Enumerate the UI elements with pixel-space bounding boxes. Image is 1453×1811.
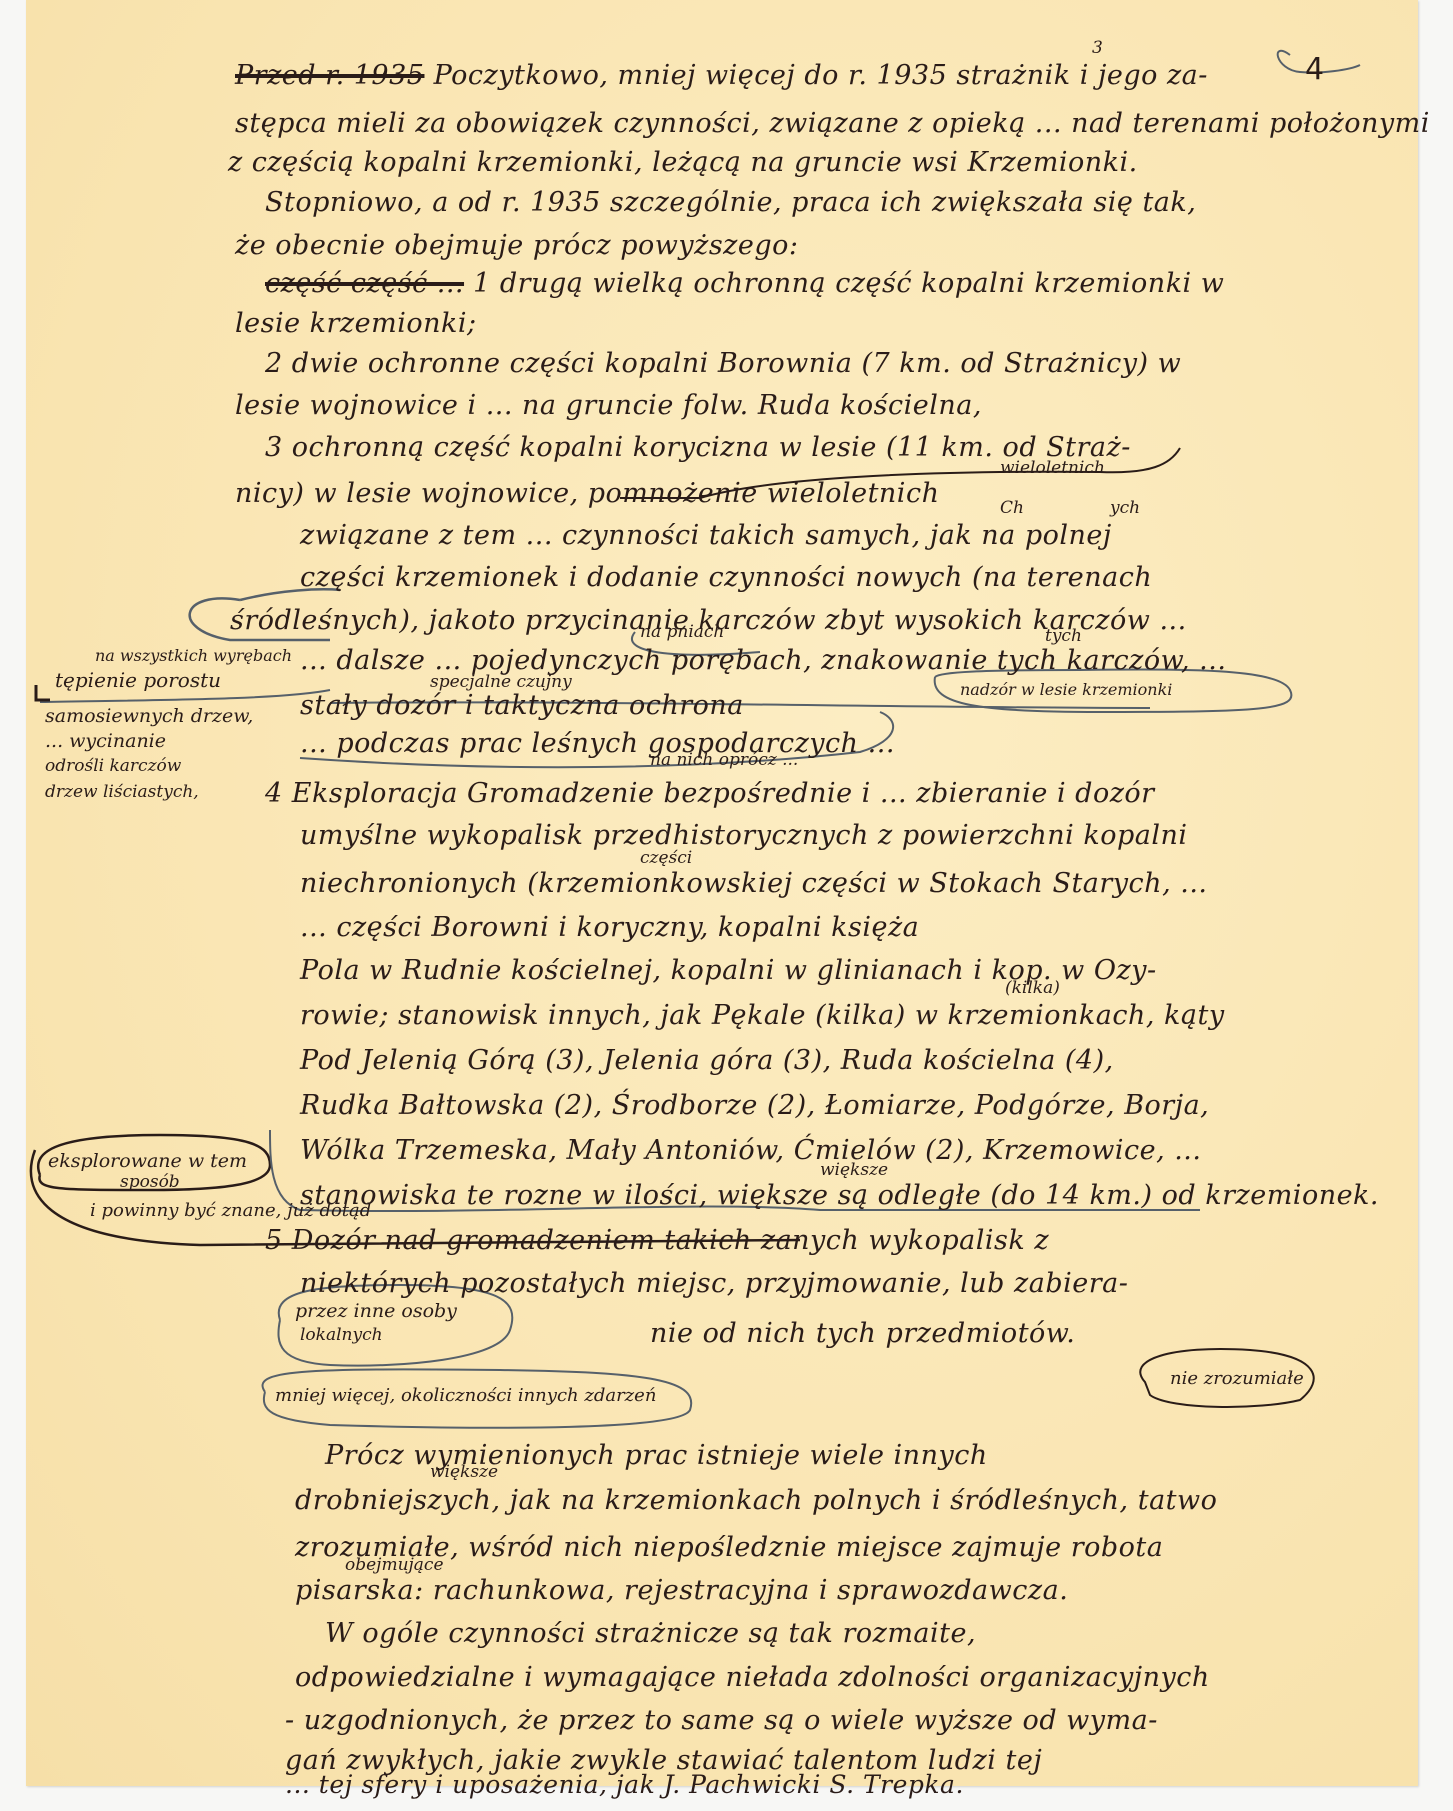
- text-line-26: Wólka Trzemeska, Mały Antoniów, Ćmielów …: [300, 1135, 1201, 1166]
- text-line-6: część część ... 1 drugą wielką ochronną …: [265, 268, 1224, 299]
- text-line-29: niektórych pozostałych miejsc, przyjmowa…: [300, 1268, 1128, 1299]
- text-line-4: Stopniowo, a od r. 1935 szczególnie, pra…: [265, 187, 1196, 218]
- text-line-8: 2 dwie ochronne części kopalni Borownia …: [265, 348, 1181, 379]
- superscript-3: 3: [1092, 38, 1103, 58]
- note-nadzor: nadzór w lesie krzemionki: [960, 680, 1172, 699]
- text-line-36: odpowiedzialne i wymagające niełada zdol…: [295, 1662, 1210, 1693]
- text-line-31: Prócz wymienionych prac istnieje wiele i…: [325, 1440, 988, 1471]
- note-mniej-wiecej: mniej więcej, okoliczności innych zdarze…: [275, 1385, 656, 1406]
- text-line-37: - uzgodnionych, że przez to same są o wi…: [285, 1705, 1158, 1736]
- text-line-16: stały dozór i taktyczna ochrona: [300, 690, 744, 721]
- text-line-9: lesie wojnowice i ... na gruncie folw. R…: [235, 390, 982, 421]
- text-line-2: stępca mieli za obowiązek czynności, zwi…: [235, 108, 1430, 139]
- insert-wieksze-2: większe: [430, 1462, 498, 1482]
- text-line-13: części krzemionek i dodanie czynności no…: [300, 562, 1152, 593]
- text-line-32: drobniejszych, jak na krzemionkach polny…: [295, 1485, 1217, 1516]
- text-line-23: rowie; stanowisk innych, jak Pękale (kil…: [300, 1000, 1225, 1031]
- text-line-21: ... części Borowni i koryczny, kopalni k…: [300, 912, 919, 943]
- text-line-27: stanowiska te rozne w ilości, większe są…: [300, 1180, 1379, 1211]
- text-line-24: Pod Jelenią Górą (3), Jelenia góra (3), …: [300, 1045, 1114, 1076]
- text-line-5: że obecnie obejmuje prócz powyższego:: [235, 230, 799, 261]
- margin-note-5: odrośli karczów: [45, 756, 181, 776]
- insert-wieksze: większe: [820, 1160, 888, 1180]
- text-line-11: nicy) w lesie wojnowice, pomnożenie wiel…: [235, 478, 939, 509]
- note-lokalnych: lokalnych: [300, 1325, 383, 1345]
- text-line-1: Przed r. 1935 Poczytkowo, mniej więcej d…: [235, 60, 1208, 91]
- text-line-12: związane z tem ... czynności takich samy…: [300, 520, 1112, 551]
- text-line-20: niechronionych (krzemionkowskiej części …: [300, 868, 1208, 899]
- page-number: 4: [1305, 52, 1324, 87]
- margin-note-1: na wszystkich wyrębach: [95, 646, 292, 665]
- margin-powinny: i powinny być znane, już dotąd: [90, 1200, 371, 1221]
- margin-note-2: tępienie porostu: [55, 668, 221, 692]
- insert-wieloletnich: wieloletnich: [1000, 458, 1105, 478]
- margin-note-3: samosiewnych drzew,: [45, 705, 253, 727]
- text-line-30: nie od nich tych przedmiotów.: [650, 1318, 1075, 1349]
- text-line-35: W ogóle czynności strażnicze są tak rozm…: [325, 1618, 976, 1649]
- insert-na-nich: na nich oprócz ...: [650, 750, 798, 770]
- text-line-17: ... podczas prac leśnych gospodarczych .…: [300, 728, 895, 759]
- text-line-34: pisarska: rachunkowa, rejestracyjna i sp…: [295, 1575, 1068, 1606]
- text-line-7: lesie krzemionki;: [235, 308, 477, 339]
- margin-note-4: ... wycinanie: [45, 730, 166, 752]
- insert-na-pniach: na pniach: [640, 622, 724, 642]
- insert-specjalne: specjalne czujny: [430, 672, 572, 692]
- insert-obejmujace: obejmujące: [345, 1555, 444, 1575]
- text-line-39: ... tej sfery i uposażenia, jak J. Pachw…: [285, 1770, 964, 1799]
- note-przez: przez inne osoby: [295, 1300, 457, 1322]
- insert-tych: tych: [1045, 626, 1082, 646]
- text-line-28: 5 Dozór nad gromadzeniem takich zanych w…: [265, 1225, 1049, 1256]
- text-line-25: Rudka Bałtowska (2), Środborze (2), Łomi…: [300, 1090, 1209, 1121]
- margin-sposob: sposób: [120, 1172, 180, 1192]
- insert-kilka: (kilka): [1005, 978, 1060, 998]
- margin-note-6: drzew liściastych,: [45, 782, 199, 802]
- insert-ch: Ch: [1000, 498, 1024, 518]
- margin-eksplorowane: eksplorowane w tem: [48, 1150, 247, 1172]
- text-line-19: umyślne wykopalisk przedhistorycznych z …: [300, 820, 1188, 851]
- note-right-bubble: nie zrozumiałe: [1170, 1368, 1304, 1389]
- text-line-18: 4 Eksploracja Gromadzenie bezpośrednie i…: [265, 778, 1155, 809]
- insert-czesci: części: [640, 848, 692, 868]
- insert-ych: ych: [1110, 498, 1140, 518]
- text-line-3: z częścią kopalni krzemionki, leżącą na …: [228, 147, 1138, 178]
